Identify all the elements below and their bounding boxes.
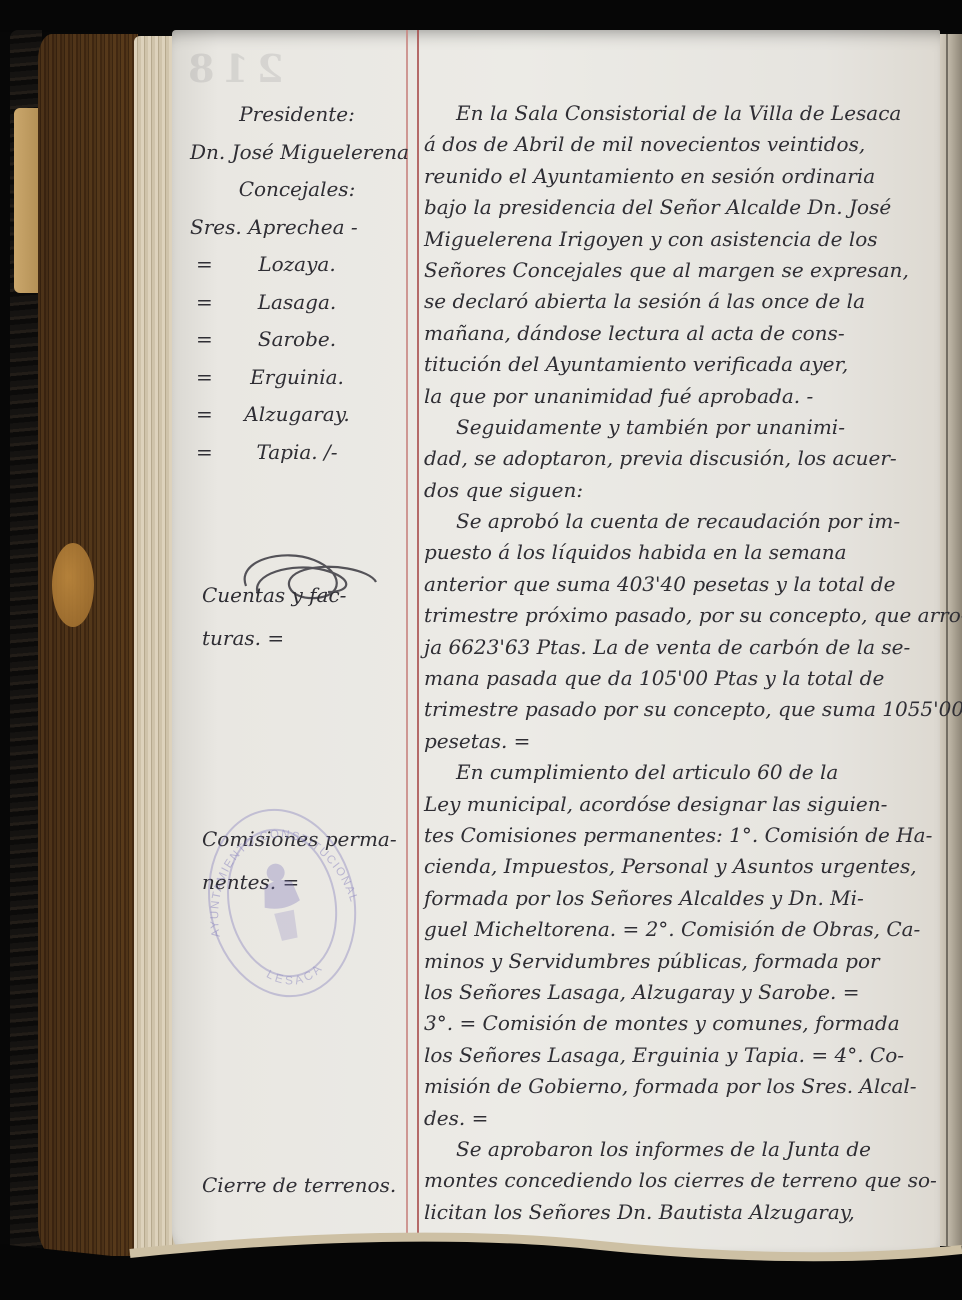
attendee-line: =Erguinia.	[186, 359, 408, 397]
body-line: trimestre próximo pasado, por su concept…	[424, 600, 936, 631]
body-line: los Señores Lasaga, Erguinia y Tapia. = …	[424, 1040, 936, 1071]
body-line: á dos de Abril de mil novecientos veinti…	[424, 129, 936, 160]
body-line: tes Comisiones permanentes: 1°. Comisión…	[424, 820, 936, 851]
attendee-text: Tapia. /-	[256, 440, 337, 464]
attendee-text: Sarobe.	[258, 327, 336, 351]
ditto-mark: =	[196, 434, 213, 472]
manuscript-page: 218 Presidente:Dn. José MiguelerenaConce…	[172, 30, 940, 1258]
body-line: dad, se adoptaron, previa discusión, los…	[424, 443, 936, 474]
ditto-mark: =	[196, 321, 213, 359]
body-line: Se aprobó la cuenta de recaudación por i…	[424, 506, 936, 537]
attendee-text: Alzugaray.	[244, 402, 349, 426]
margin-note: Cierre de terrenos.	[202, 1164, 432, 1207]
ditto-mark: =	[196, 284, 213, 322]
body-line: 3°. = Comisión de montes y comunes, form…	[424, 1008, 936, 1039]
body-line: puesto á los líquidos habida en la seman…	[424, 537, 936, 568]
body-line: En cumplimiento del articulo 60 de la	[424, 757, 936, 788]
ditto-mark: =	[196, 246, 213, 284]
body-line: misión de Gobierno, formada por los Sres…	[424, 1071, 936, 1102]
body-line: bajo la presidencia del Señor Alcalde Dn…	[424, 192, 936, 223]
margin-note-line: turas. =	[202, 617, 432, 660]
attendee-text: Presidente:	[239, 102, 355, 126]
attendee-text: Erguinia.	[250, 365, 344, 389]
body-paragraph: Se aprobaron los informes de la Junta de…	[424, 1134, 936, 1228]
body-line: montes concediendo los cierres de terren…	[424, 1165, 936, 1196]
body-line: titución del Ayuntamiento verificada aye…	[424, 349, 936, 380]
attendee-line: Concejales:	[186, 171, 408, 209]
bleedthrough-page-number: 218	[180, 46, 283, 91]
margin-note-line: Cuentas y fac-	[202, 574, 432, 617]
body-paragraph: Se aprobó la cuenta de recaudación por i…	[424, 506, 936, 757]
attendee-line: =Lasaga.	[186, 284, 408, 322]
attendee-list: Presidente:Dn. José MiguelerenaConcejale…	[186, 96, 408, 471]
body-line: Se aprobaron los informes de la Junta de	[424, 1134, 936, 1165]
body-line: cienda, Impuestos, Personal y Asuntos ur…	[424, 851, 936, 882]
body-line: En la Sala Consistorial de la Villa de L…	[424, 98, 936, 129]
attendee-text: Lasaga.	[258, 290, 336, 314]
margin-note-line: Cierre de terrenos.	[202, 1164, 432, 1207]
body-line: pesetas. =	[424, 726, 936, 757]
body-line: formada por los Señores Alcaldes y Dn. M…	[424, 883, 936, 914]
body-text: En la Sala Consistorial de la Villa de L…	[424, 98, 936, 1228]
body-line: la que por unanimidad fué aprobada. -	[424, 381, 936, 412]
body-paragraph: Seguidamente y también por unanimi-dad, …	[424, 412, 936, 506]
attendee-line: =Lozaya.	[186, 246, 408, 284]
photo-background: 218 Presidente:Dn. José MiguelerenaConce…	[0, 0, 962, 1300]
page-gutter-line	[946, 34, 948, 1246]
body-paragraph: En cumplimiento del articulo 60 de laLey…	[424, 757, 936, 1134]
attendee-text: Sres. Aprechea -	[190, 215, 358, 239]
ditto-mark: =	[196, 396, 213, 434]
attendee-text: Lozaya.	[258, 252, 335, 276]
body-line: Señores Concejales que al margen se expr…	[424, 255, 936, 286]
body-line: Seguidamente y también por unanimi-	[424, 412, 936, 443]
body-paragraph: En la Sala Consistorial de la Villa de L…	[424, 98, 936, 412]
attendee-text: Concejales:	[239, 177, 356, 201]
margin-note: Cuentas y fac-turas. =	[202, 574, 432, 660]
attendee-line: Dn. José Miguelerena	[186, 134, 408, 172]
photo-bottom-border	[0, 1218, 962, 1300]
body-line: dos que siguen:	[424, 475, 936, 506]
margin-column: Presidente:Dn. José MiguelerenaConcejale…	[186, 96, 408, 471]
attendee-line: =Alzugaray.	[186, 396, 408, 434]
photo-top-border	[0, 0, 962, 32]
body-line: ja 6623'63 Ptas. La de venta de carbón d…	[424, 632, 936, 663]
attendee-text: Dn. José Miguelerena	[190, 140, 409, 164]
attendee-line: Presidente:	[186, 96, 408, 134]
ditto-mark: =	[196, 359, 213, 397]
body-line: Ley municipal, acordóse designar las sig…	[424, 789, 936, 820]
body-line: mana pasada que da 105'00 Ptas y la tota…	[424, 663, 936, 694]
attendee-line: Sres. Aprechea -	[186, 209, 408, 247]
body-line: des. =	[424, 1103, 936, 1134]
body-line: se declaró abierta la sesión á las once …	[424, 286, 936, 317]
body-line: guel Micheltorena. = 2°. Comisión de Obr…	[424, 914, 936, 945]
attendee-line: =Tapia. /-	[186, 434, 408, 472]
stamp-crest-icon	[256, 860, 307, 943]
body-line: mañana, dándose lectura al acta de cons-	[424, 318, 936, 349]
body-line: trimestre pasado por su concepto, que su…	[424, 694, 936, 725]
attendee-line: =Sarobe.	[186, 321, 408, 359]
page-stack-fore-edge	[38, 34, 138, 1256]
body-line: minos y Servidumbres públicas, formada p…	[424, 946, 936, 977]
body-line: reunido el Ayuntamiento en sesión ordina…	[424, 161, 936, 192]
body-line: Miguelerena Irigoyen y con asistencia de…	[424, 224, 936, 255]
body-line: los Señores Lasaga, Alzugaray y Sarobe. …	[424, 977, 936, 1008]
cover-tan-blob	[52, 543, 94, 627]
body-line: anterior que suma 403'40 pesetas y la to…	[424, 569, 936, 600]
